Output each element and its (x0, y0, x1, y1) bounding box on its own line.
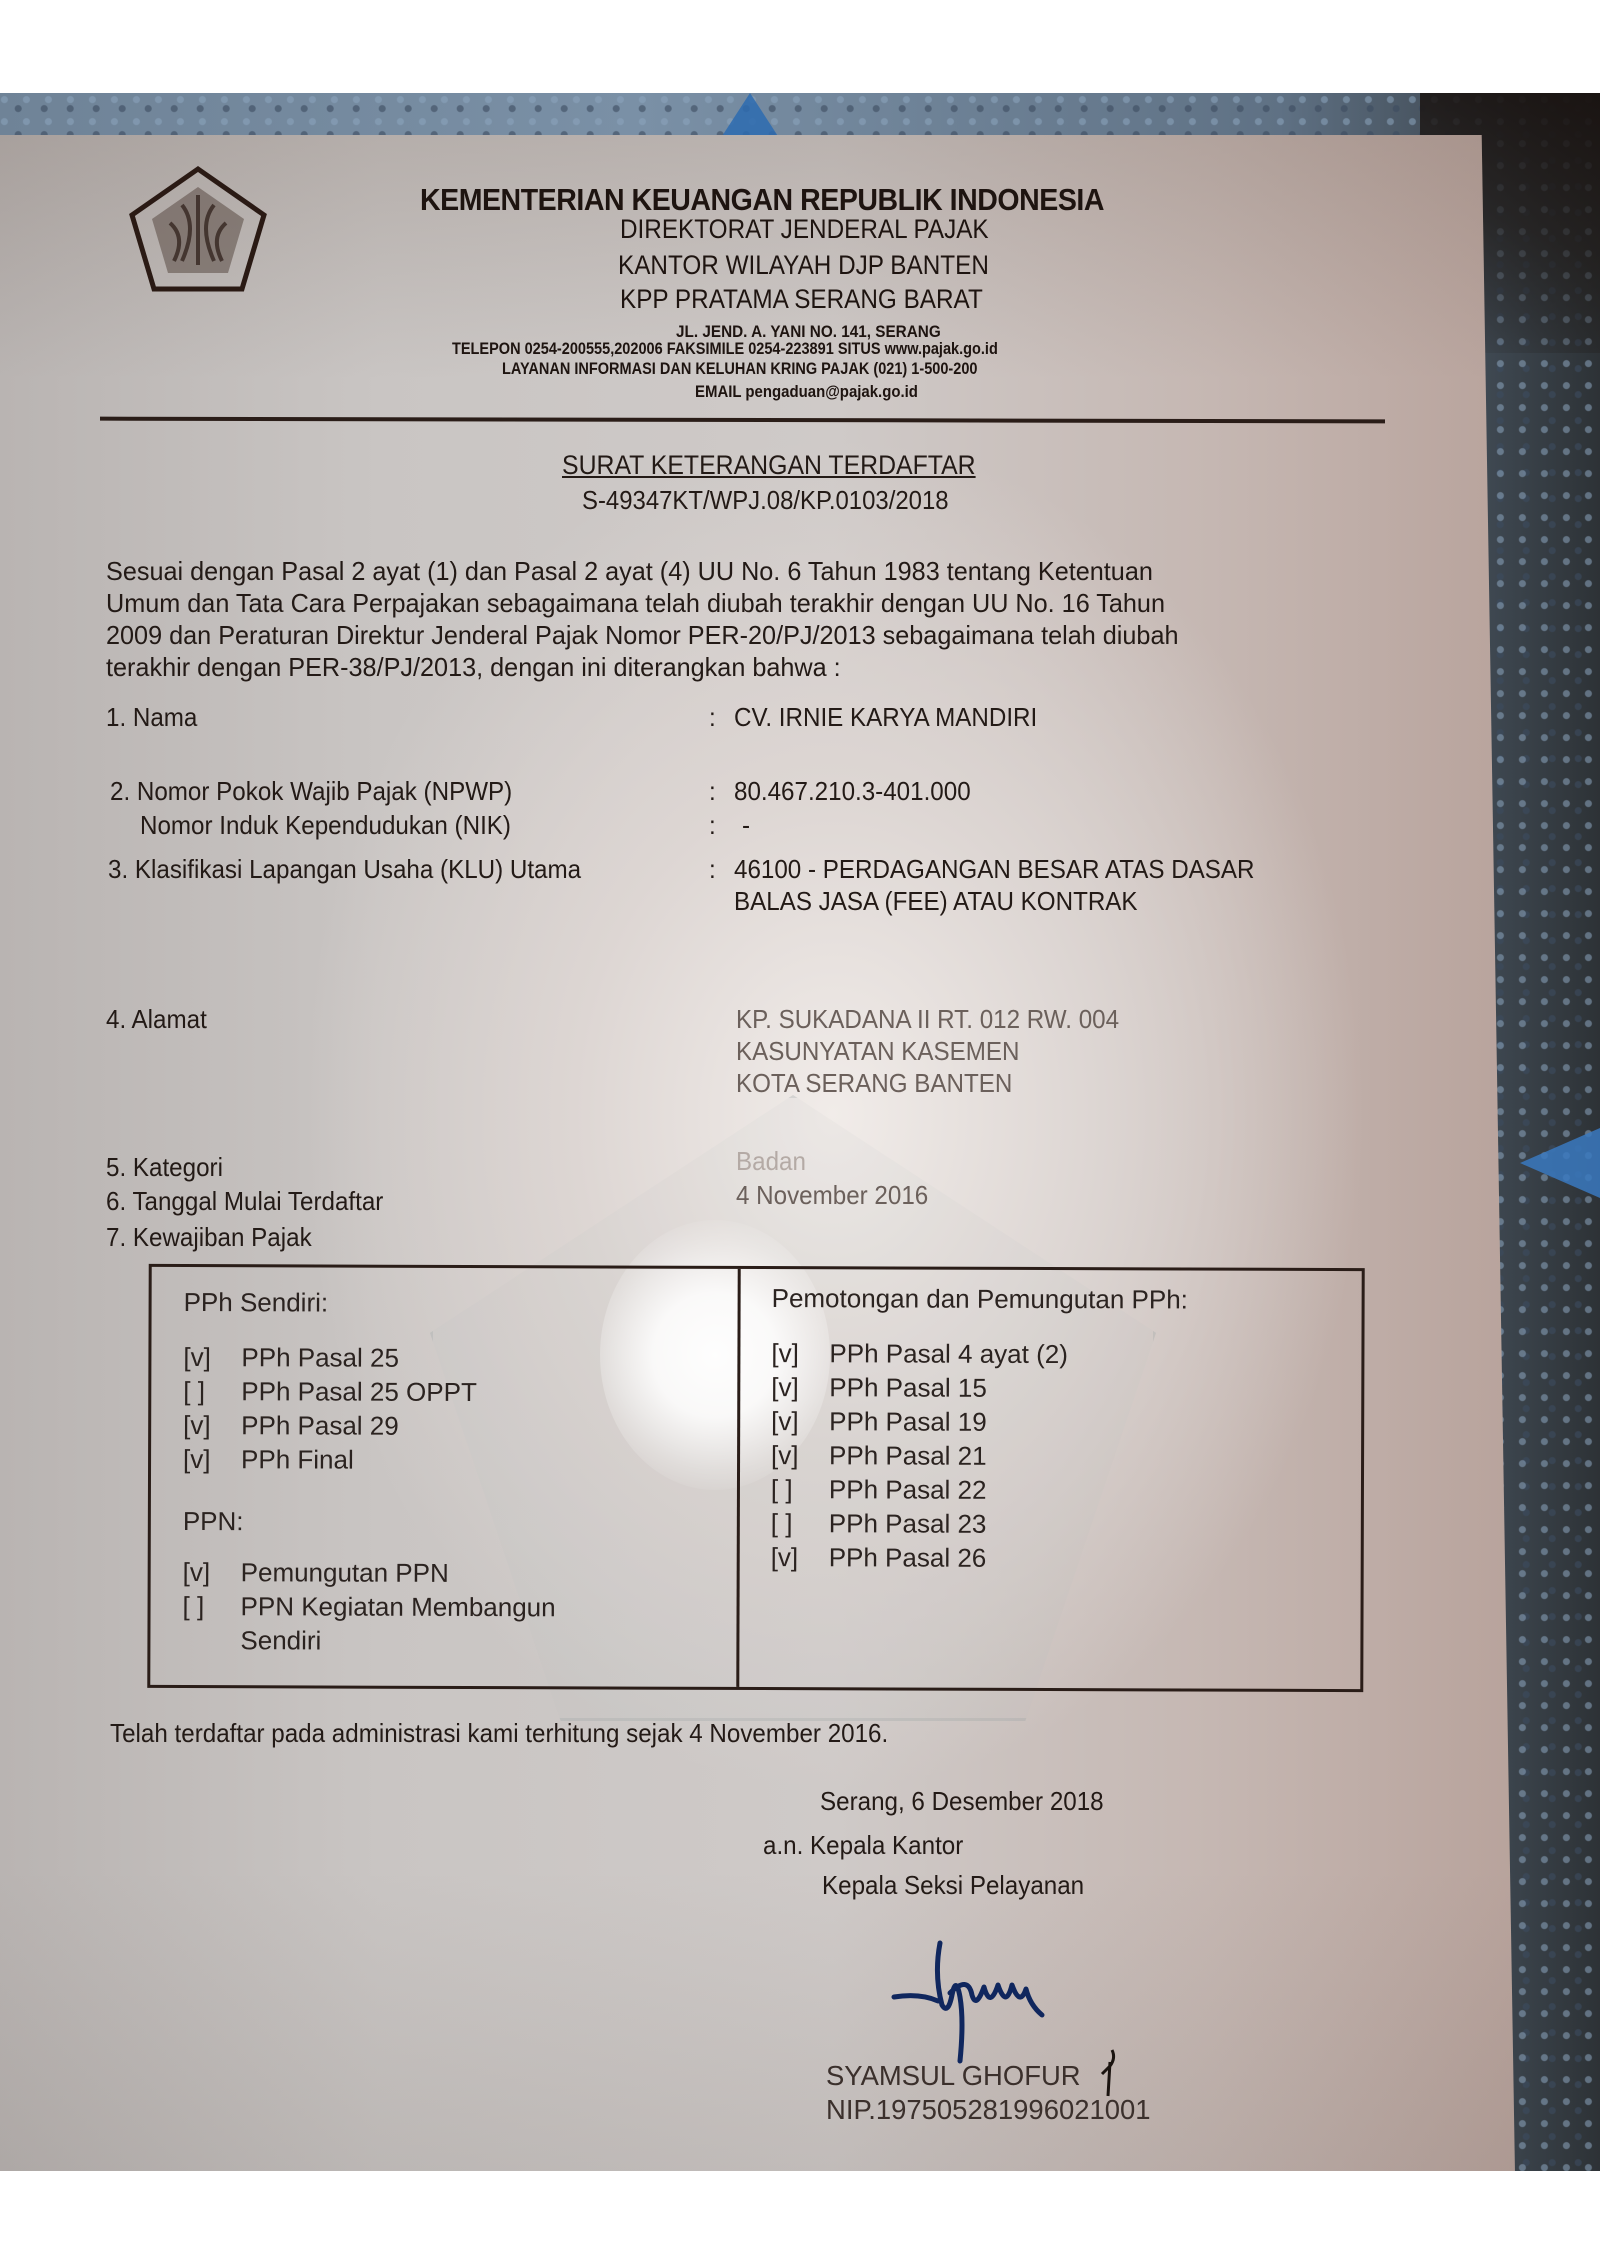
obligation-row: [v]PPh Pasal 15 (771, 1370, 1187, 1405)
obligation-row: [ ]PPN Kegiatan Membangun (182, 1589, 555, 1624)
obligation-row: [v]PPh Pasal 26 (771, 1540, 1187, 1575)
field-value-alamat-line3: KOTA SERANG BANTEN (736, 1068, 1012, 1099)
signature-flourish-icon (1098, 2048, 1118, 2098)
field-value-alamat-line2: KASUNYATAN KASEMEN (736, 1036, 1020, 1067)
obligation-row-continuation: Sendiri (182, 1623, 555, 1658)
obligation-row: [ ]PPh Pasal 25 OPPT (183, 1374, 556, 1409)
office-address: JL. JEND. A. YANI NO. 141, SERANG (676, 322, 941, 342)
ppn-heading: PPN: (183, 1506, 556, 1538)
checkbox-mark: [v] (183, 1340, 241, 1374)
registration-letter: KEMENTERIAN KEUANGAN REPUBLIK INDONESIA … (0, 0, 1600, 2264)
checkbox-mark: [v] (771, 1336, 829, 1370)
obligation-row: [ ]PPh Pasal 22 (771, 1472, 1187, 1507)
signatory-position: Kepala Seksi Pelayanan (822, 1870, 1084, 1901)
obligation-row: [v]PPh Pasal 25 (183, 1340, 556, 1375)
obligation-label: PPh Pasal 25 OPPT (241, 1376, 477, 1407)
obligation-row: [v]PPh Pasal 4 ayat (2) (771, 1336, 1187, 1371)
field-colon: : (709, 776, 716, 807)
field-label-kewajiban: 7. Kewajiban Pajak (106, 1222, 312, 1253)
checkbox-mark: [v] (771, 1438, 829, 1472)
document-title: SURAT KETERANGAN TERDAFTAR (562, 450, 976, 481)
signatory-name: SYAMSUL GHOFUR (826, 2060, 1081, 2092)
field-value-kategori: Badan (736, 1146, 806, 1177)
field-value-alamat: KP. SUKADANA II RT. 012 RW. 004 (736, 1004, 1119, 1035)
field-label-klu: 3. Klasifikasi Lapangan Usaha (KLU) Utam… (108, 854, 581, 885)
obligation-row: [v]PPh Final (183, 1442, 556, 1477)
obligation-row: [v]PPh Pasal 19 (771, 1404, 1187, 1439)
handwritten-signature-icon (890, 1935, 1070, 2065)
obligation-label: PPh Pasal 29 (241, 1410, 399, 1441)
field-value-nama: CV. IRNIE KARYA MANDIRI (734, 702, 1037, 733)
ministry-name: KEMENTERIAN KEUANGAN REPUBLIK INDONESIA (420, 182, 1104, 218)
field-value-klu: 46100 - PERDAGANGAN BESAR ATAS DASAR (734, 854, 1255, 885)
field-value-npwp: 80.467.210.3-401.000 (734, 776, 971, 807)
intro-line: terakhir dengan PER-38/PJ/2013, dengan i… (106, 651, 1348, 683)
obligation-label: PPh Pasal 23 (829, 1508, 987, 1539)
intro-line: Sesuai dengan Pasal 2 ayat (1) dan Pasal… (106, 555, 1348, 587)
tax-obligations-table: PPh Sendiri: [v]PPh Pasal 25 [ ]PPh Pasa… (147, 1264, 1364, 1692)
signatory-nip: NIP.197505281996021001 (826, 2094, 1151, 2126)
checkbox-mark: [v] (771, 1540, 829, 1574)
obligation-row: [v]PPh Pasal 29 (183, 1408, 556, 1443)
intro-line: Umum dan Tata Cara Perpajakan sebagaiman… (106, 587, 1348, 619)
checkbox-mark: [v] (771, 1404, 829, 1438)
field-label-alamat: 4. Alamat (106, 1004, 207, 1035)
potput-heading: Pemotongan dan Pemungutan PPh: (772, 1283, 1188, 1315)
field-value-klu-cont: BALAS JASA (FEE) ATAU KONTRAK (734, 886, 1138, 917)
intro-paragraph: Sesuai dengan Pasal 2 ayat (1) dan Pasal… (106, 555, 1348, 683)
checkbox-mark: [v] (183, 1555, 241, 1589)
service-line: LAYANAN INFORMASI DAN KELUHAN KRING PAJA… (502, 360, 977, 379)
field-colon: : (709, 810, 716, 841)
checkbox-mark: [ ] (182, 1589, 240, 1623)
checkbox-mark: [ ] (771, 1506, 829, 1540)
obligation-label: PPN Kegiatan Membangun (240, 1591, 555, 1622)
obligation-row: [v]Pemungutan PPN (183, 1555, 556, 1590)
field-value-nik: - (742, 810, 750, 841)
obligation-label: PPh Pasal 22 (829, 1474, 987, 1505)
office-email: EMAIL pengaduan@pajak.go.id (695, 382, 918, 402)
obligation-label: PPh Pasal 15 (829, 1372, 987, 1403)
tax-office-name: KPP PRATAMA SERANG BARAT (620, 284, 983, 315)
ministry-emblem-icon (126, 165, 270, 295)
field-colon: : (709, 702, 716, 733)
office-contact: TELEPON 0254-200555,202006 FAKSIMILE 025… (452, 340, 998, 359)
obligation-label: PPh Pasal 19 (829, 1406, 987, 1437)
obligation-row: [v]PPh Pasal 21 (771, 1438, 1187, 1473)
place-date: Serang, 6 Desember 2018 (820, 1786, 1104, 1817)
pph-sendiri-heading: PPh Sendiri: (184, 1287, 557, 1319)
obligation-label: PPh Pasal 21 (829, 1440, 987, 1471)
document-number: S-49347KT/WPJ.08/KP.0103/2018 (582, 485, 949, 516)
checkbox-mark: [ ] (771, 1472, 829, 1506)
obligation-label: PPh Pasal 4 ayat (2) (829, 1338, 1068, 1369)
obligation-row: [ ]PPh Pasal 23 (771, 1506, 1187, 1541)
intro-line: 2009 dan Peraturan Direktur Jenderal Paj… (106, 619, 1348, 651)
regional-office-name: KANTOR WILAYAH DJP BANTEN (618, 250, 989, 281)
directorate-name: DIREKTORAT JENDERAL PAJAK (620, 214, 989, 245)
checkbox-mark: [v] (183, 1442, 241, 1476)
obligations-right-column: Pemotongan dan Pemungutan PPh: [v]PPh Pa… (771, 1283, 1188, 1575)
field-label-kategori: 5. Kategori (106, 1152, 223, 1183)
field-label-tanggal: 6. Tanggal Mulai Terdaftar (106, 1186, 383, 1217)
obligations-left-column: PPh Sendiri: [v]PPh Pasal 25 [ ]PPh Pasa… (182, 1287, 556, 1658)
checkbox-mark: [v] (183, 1408, 241, 1442)
obligation-label-continuation: Sendiri (240, 1625, 321, 1655)
obligation-label: PPh Final (241, 1444, 354, 1474)
obligation-label: Pemungutan PPN (241, 1557, 449, 1588)
table-column-divider (736, 1269, 740, 1687)
obligation-label: PPh Pasal 25 (241, 1342, 399, 1373)
field-label-nik: Nomor Induk Kependudukan (NIK) (140, 810, 511, 841)
field-label-npwp: 2. Nomor Pokok Wajib Pajak (NPWP) (110, 776, 512, 807)
checkbox-mark: [v] (771, 1370, 829, 1404)
on-behalf: a.n. Kepala Kantor (763, 1830, 963, 1861)
obligation-label: PPh Pasal 26 (829, 1542, 987, 1573)
field-value-tanggal: 4 November 2016 (736, 1180, 928, 1211)
registration-statement: Telah terdaftar pada administrasi kami t… (110, 1718, 888, 1749)
checkbox-mark: [ ] (183, 1374, 241, 1408)
letterhead-divider (100, 417, 1385, 424)
field-label-nama: 1. Nama (106, 702, 197, 733)
field-colon: : (709, 854, 716, 885)
